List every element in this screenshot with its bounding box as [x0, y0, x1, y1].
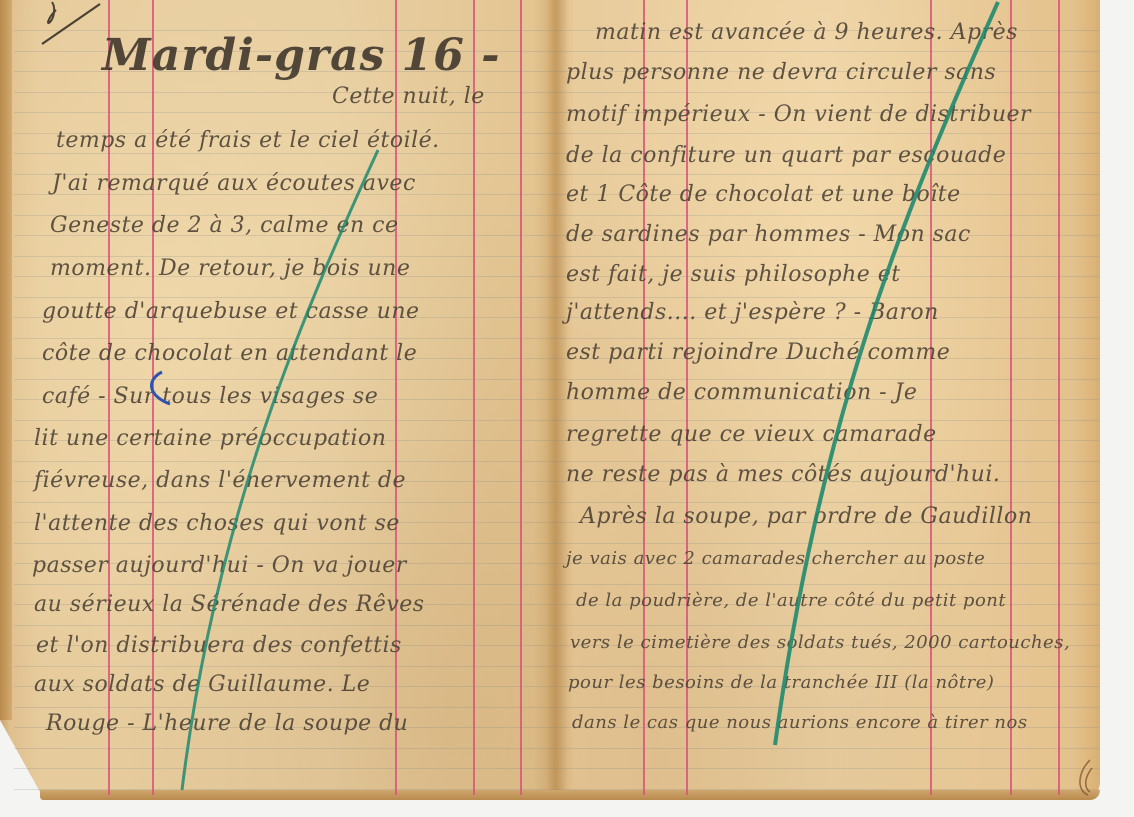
green-strike-marks [0, 0, 1134, 817]
corner-curl-mark-icon [1080, 760, 1092, 795]
open-notebook: 8 Mardi-gras 16 - Cette nuit, le temps a… [0, 0, 1134, 817]
green-stroke-left-icon [182, 150, 378, 790]
green-stroke-right-icon [775, 2, 998, 745]
blue-bracket-mark-icon [152, 372, 170, 404]
